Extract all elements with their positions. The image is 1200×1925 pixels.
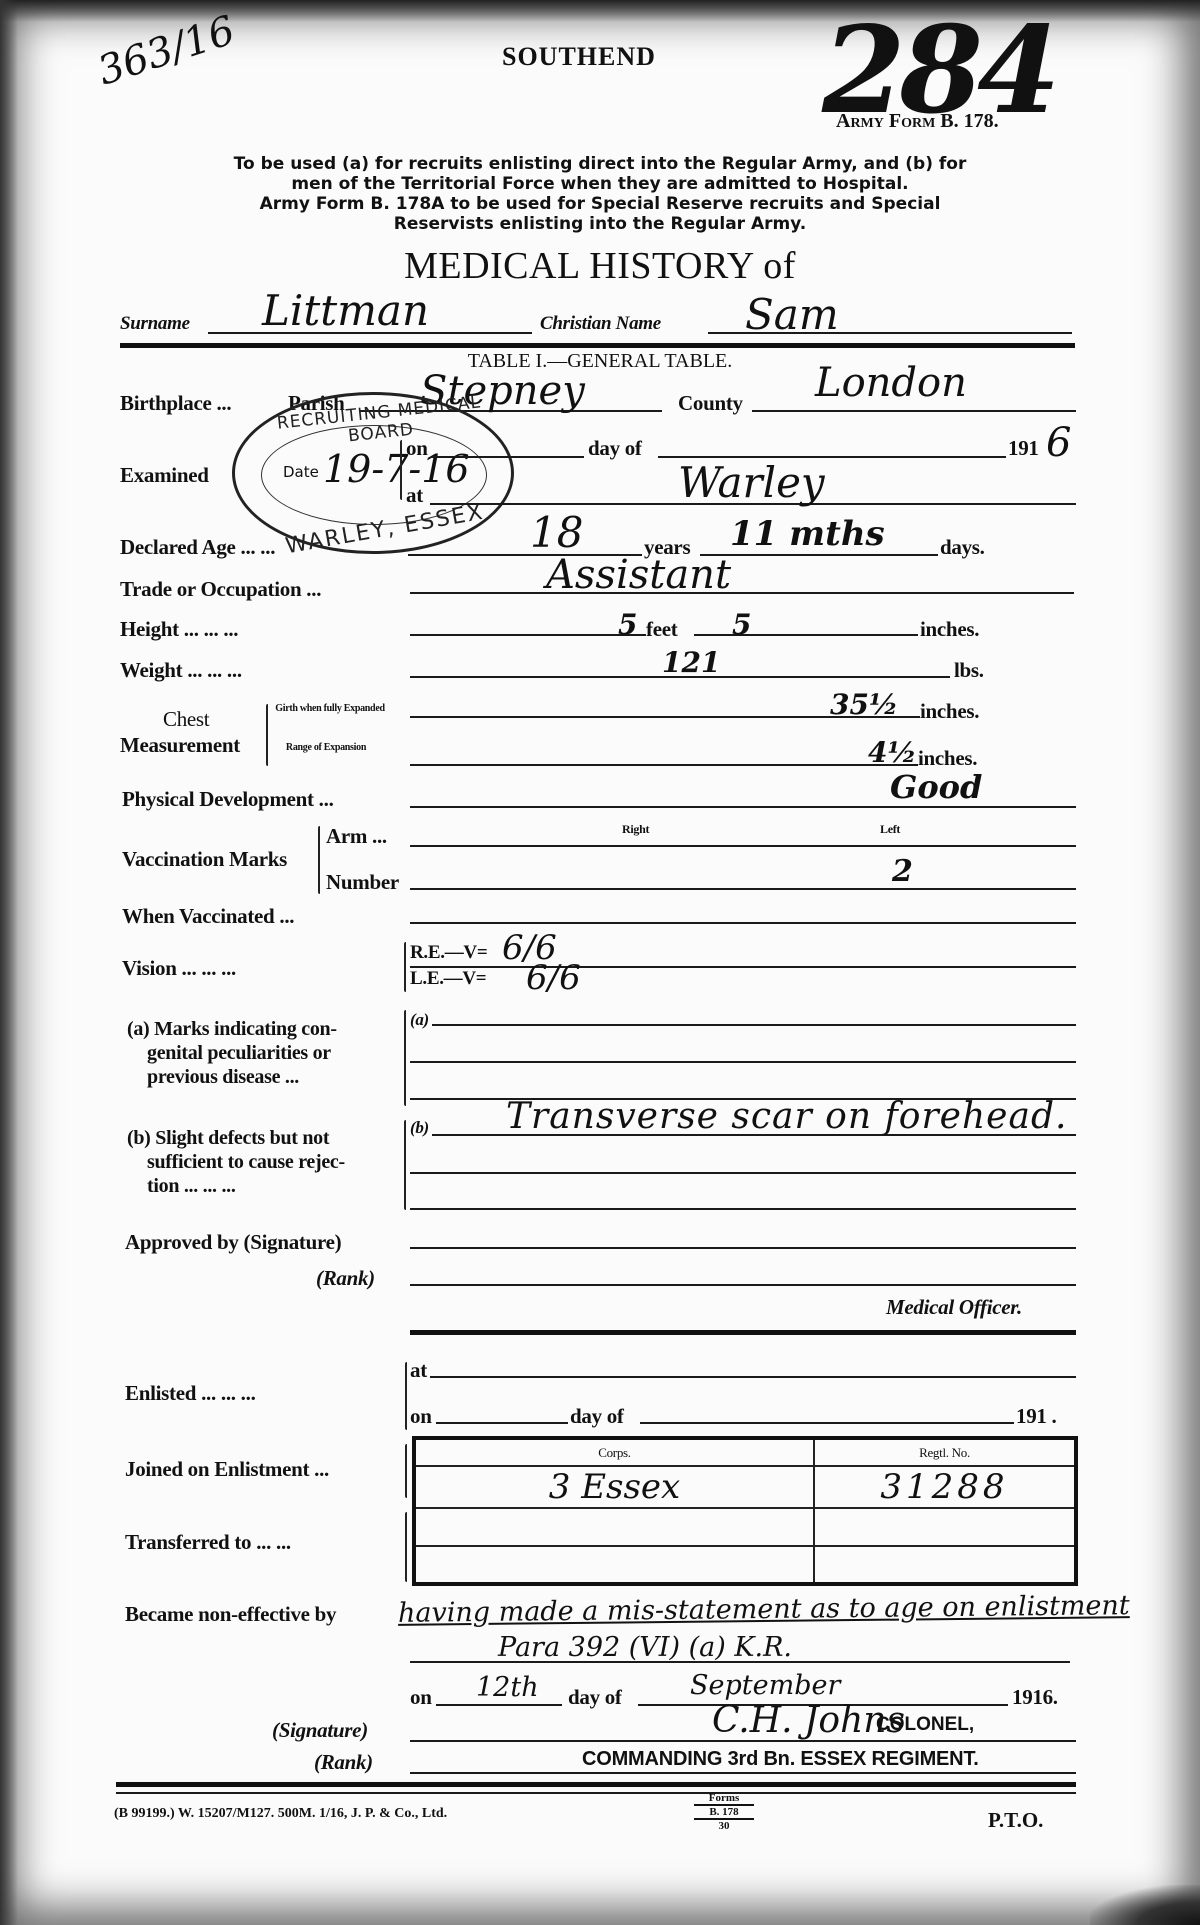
chest-brace xyxy=(266,704,268,766)
marks-line-1 xyxy=(432,1024,1076,1026)
enlisted-on-label: on xyxy=(410,1404,432,1429)
when-vaccinated-label: When Vaccinated ... xyxy=(122,904,294,929)
vacc-right-label: Right xyxy=(622,822,649,837)
feet-label: feet xyxy=(646,617,677,642)
document-page: 363/16 284 SOUTHEND Army Form B. 178. To… xyxy=(0,0,1200,1925)
marks-label: (a) Marks indicating con- genital peculi… xyxy=(127,1017,337,1089)
marks-label-line: genital peculiarities or xyxy=(127,1041,337,1065)
non-effective-reason-1[interactable]: having made a mis-statement as to age on… xyxy=(398,1590,1130,1629)
medical-officer-label: Medical Officer. xyxy=(886,1295,1022,1320)
county-line xyxy=(752,410,1076,412)
defects-line-3 xyxy=(410,1208,1076,1210)
document-title: MEDICAL HISTORY of xyxy=(0,244,1200,288)
vision-label: Vision ... ... ... xyxy=(122,956,236,981)
joined-row: 3 Essex 31288 xyxy=(414,1466,1076,1508)
vision-brace xyxy=(404,942,406,992)
corps-value[interactable]: 3 Essex xyxy=(414,1466,814,1508)
height-label: Height ... ... ... xyxy=(120,617,238,642)
marks-label-line: previous disease ... xyxy=(127,1065,337,1089)
joined-label: Joined on Enlistment ... xyxy=(125,1457,329,1482)
corps-header: Corps. xyxy=(414,1438,814,1466)
examined-on-label: on xyxy=(406,436,428,461)
days-label: days. xyxy=(940,535,985,560)
re-label: R.E.—V= xyxy=(410,942,487,964)
age-years-value[interactable]: 18 xyxy=(530,508,583,557)
rank-value: COMMANDING 3rd Bn. ESSEX REGIMENT. xyxy=(582,1748,979,1771)
range-value[interactable]: 4½ xyxy=(868,736,917,769)
enlisted-at-line xyxy=(430,1376,1076,1378)
approved-rank-line xyxy=(410,1284,1076,1286)
surname-label: Surname xyxy=(120,313,190,335)
instruction-line: Reservists enlisting into the Regular Ar… xyxy=(0,214,1200,234)
discharge-day-of-label: day of xyxy=(568,1685,622,1710)
examined-year-label: 191 xyxy=(1008,436,1039,461)
marks-label-line: (a) Marks indicating con- xyxy=(127,1017,337,1041)
vacc-arm-line xyxy=(410,845,1076,847)
pto-label: P.T.O. xyxy=(988,1808,1043,1833)
le-label: L.E.—V= xyxy=(410,968,486,990)
corps-table: Corps. Regtl. No. 3 Essex 31288 xyxy=(412,1436,1078,1586)
birthplace-label: Birthplace ... xyxy=(120,391,231,416)
when-vaccinated-line xyxy=(410,922,1076,924)
height-feet-value[interactable]: 5 xyxy=(618,608,637,641)
height-inches-line xyxy=(694,634,918,636)
forms-reference: Forms B. 178 30 xyxy=(694,1792,754,1832)
vacc-number-left-value[interactable]: 2 xyxy=(892,854,913,889)
discharge-year-value: 1916. xyxy=(1012,1685,1058,1710)
chest-label: Chest xyxy=(163,707,209,732)
footer-divider xyxy=(116,1782,1076,1787)
declared-age-label: Declared Age ... ... xyxy=(120,535,275,560)
defects-brace xyxy=(404,1120,406,1210)
physical-dev-value[interactable]: Good xyxy=(890,768,982,806)
forms-denominator: 30 xyxy=(694,1820,754,1832)
vision-divider xyxy=(410,966,1076,968)
defects-line-2 xyxy=(410,1172,1076,1174)
instruction-line: To be used (a) for recruits enlisting di… xyxy=(0,154,1200,174)
forms-label: Forms xyxy=(694,1792,754,1804)
christian-name-label: Christian Name xyxy=(540,313,661,335)
form-instructions: To be used (a) for recruits enlisting di… xyxy=(0,154,1200,234)
vaccination-label: Vaccination Marks xyxy=(122,847,287,872)
examined-at-label: at xyxy=(406,483,423,508)
weight-label: Weight ... ... ... xyxy=(120,658,242,683)
girth-label: Girth when fully Expanded xyxy=(272,703,388,715)
non-effective-reason-2[interactable]: Para 392 (VI) (a) K.R. xyxy=(498,1632,792,1663)
regtl-header: Regtl. No. xyxy=(814,1438,1076,1466)
forms-number: B. 178 xyxy=(694,1804,754,1820)
header-divider xyxy=(120,343,1075,348)
rank-label: (Rank) xyxy=(314,1750,373,1775)
transferred-corps-cell[interactable] xyxy=(414,1546,814,1584)
transferred-row xyxy=(414,1508,1076,1546)
signature-label: (Signature) xyxy=(272,1718,368,1743)
vacc-number-label: Number xyxy=(326,870,399,895)
lbs-label: lbs. xyxy=(954,658,984,683)
discharge-day-line xyxy=(436,1704,562,1706)
defects-label-line: tion ... ... ... xyxy=(127,1174,345,1198)
discharge-day-value[interactable]: 12th xyxy=(476,1672,539,1703)
defects-label-line: (b) Slight defects but not xyxy=(127,1126,345,1150)
approved-rank-label: (Rank) xyxy=(316,1266,375,1291)
chest-measurement-label: Measurement xyxy=(120,733,240,758)
examined-label: Examined xyxy=(120,463,209,488)
defects-prefix: (b) xyxy=(410,1118,429,1138)
county-label: County xyxy=(678,391,743,416)
trade-value[interactable]: Assistant xyxy=(546,552,731,598)
physical-dev-line xyxy=(410,806,1076,808)
surname-value[interactable]: Littman xyxy=(262,286,429,335)
vacc-number-line xyxy=(410,888,1076,890)
marks-line-2 xyxy=(410,1061,1076,1063)
enlisted-at-label: at xyxy=(410,1358,427,1383)
section-divider xyxy=(410,1330,1076,1335)
transferred-regtl-cell[interactable] xyxy=(814,1546,1076,1584)
height-feet-line xyxy=(410,634,646,636)
print-info: (B 99199.) W. 15207/M127. 500M. 1/16, J.… xyxy=(114,1806,447,1822)
trade-label: Trade or Occupation ... xyxy=(120,577,321,602)
southend-stamp: SOUTHEND xyxy=(502,42,656,72)
colonel-label: COLONEL, xyxy=(876,1714,974,1736)
discharge-on-label: on xyxy=(410,1685,432,1710)
instruction-line: Army Form B. 178A to be used for Special… xyxy=(0,194,1200,214)
examined-day-of-label: day of xyxy=(588,436,642,461)
enlisted-day-of-label: day of xyxy=(570,1404,624,1429)
recruiting-board-stamp: RECRUITING MEDICAL BOARD Date 19-7-16 WA… xyxy=(232,392,514,554)
weight-value[interactable]: 121 xyxy=(662,646,720,679)
stamp-date-value[interactable]: 19-7-16 xyxy=(323,447,470,491)
enlisted-brace xyxy=(405,1362,407,1430)
rank-line xyxy=(410,1772,1076,1774)
vacc-arm-label: Arm ... xyxy=(326,824,387,849)
transferred-label: Transferred to ... ... xyxy=(125,1530,291,1555)
defects-label: (b) Slight defects but not sufficient to… xyxy=(127,1126,345,1198)
girth-value[interactable]: 35½ xyxy=(830,688,898,721)
vacc-left-label: Left xyxy=(880,822,900,837)
examined-brace xyxy=(400,440,402,500)
vaccination-brace xyxy=(318,826,320,894)
physical-dev-label: Physical Development ... xyxy=(122,787,334,812)
county-value[interactable]: London xyxy=(815,360,967,406)
scan-corner xyxy=(1090,1885,1200,1925)
non-effective-label: Became non-effective by xyxy=(125,1602,336,1627)
le-value[interactable]: 6/6 xyxy=(526,958,581,998)
footer-divider-thin xyxy=(116,1792,1076,1794)
form-number: Army Form B. 178. xyxy=(836,110,999,133)
enlisted-month-line xyxy=(640,1422,1014,1424)
examined-day-line xyxy=(432,456,584,458)
discharge-month-value[interactable]: September xyxy=(690,1670,840,1701)
marks-prefix: (a) xyxy=(410,1010,429,1030)
defects-label-line: sufficient to cause rejec- xyxy=(127,1150,345,1174)
examined-at-value[interactable]: Warley xyxy=(678,458,825,507)
scan-edge-left xyxy=(0,0,18,1925)
enlisted-label: Enlisted ... ... ... xyxy=(125,1381,256,1406)
trade-line xyxy=(410,592,1074,594)
range-label: Range of Expansion xyxy=(276,742,376,754)
defects-value[interactable]: Transverse scar on forehead. xyxy=(506,1096,1067,1137)
transferred-row xyxy=(414,1546,1076,1584)
transferred-corps-cell[interactable] xyxy=(414,1508,814,1546)
stamp-date-label: Date xyxy=(283,463,319,481)
enlisted-year-label: 191 . xyxy=(1016,1404,1057,1429)
marks-brace xyxy=(404,1010,406,1106)
examined-year-suffix[interactable]: 6 xyxy=(1046,420,1071,466)
enlisted-day-line xyxy=(436,1422,568,1424)
joined-brace xyxy=(405,1444,407,1498)
approved-label: Approved by (Signature) xyxy=(125,1230,341,1255)
transferred-brace xyxy=(405,1512,407,1582)
age-months-value[interactable]: 11 mths xyxy=(730,514,885,554)
girth-inches-label: inches. xyxy=(920,699,979,724)
regtl-value[interactable]: 31288 xyxy=(814,1466,1076,1508)
approved-signature-line xyxy=(410,1247,1076,1249)
instruction-line: men of the Territorial Force when they a… xyxy=(0,174,1200,194)
age-months-line xyxy=(700,554,938,556)
range-line xyxy=(410,764,918,766)
christian-name-value[interactable]: Sam xyxy=(745,290,839,339)
height-inches-value[interactable]: 5 xyxy=(732,608,751,641)
transferred-regtl-cell[interactable] xyxy=(814,1508,1076,1546)
inches-label: inches. xyxy=(920,617,979,642)
table-title: TABLE I.—GENERAL TABLE. xyxy=(0,350,1200,373)
